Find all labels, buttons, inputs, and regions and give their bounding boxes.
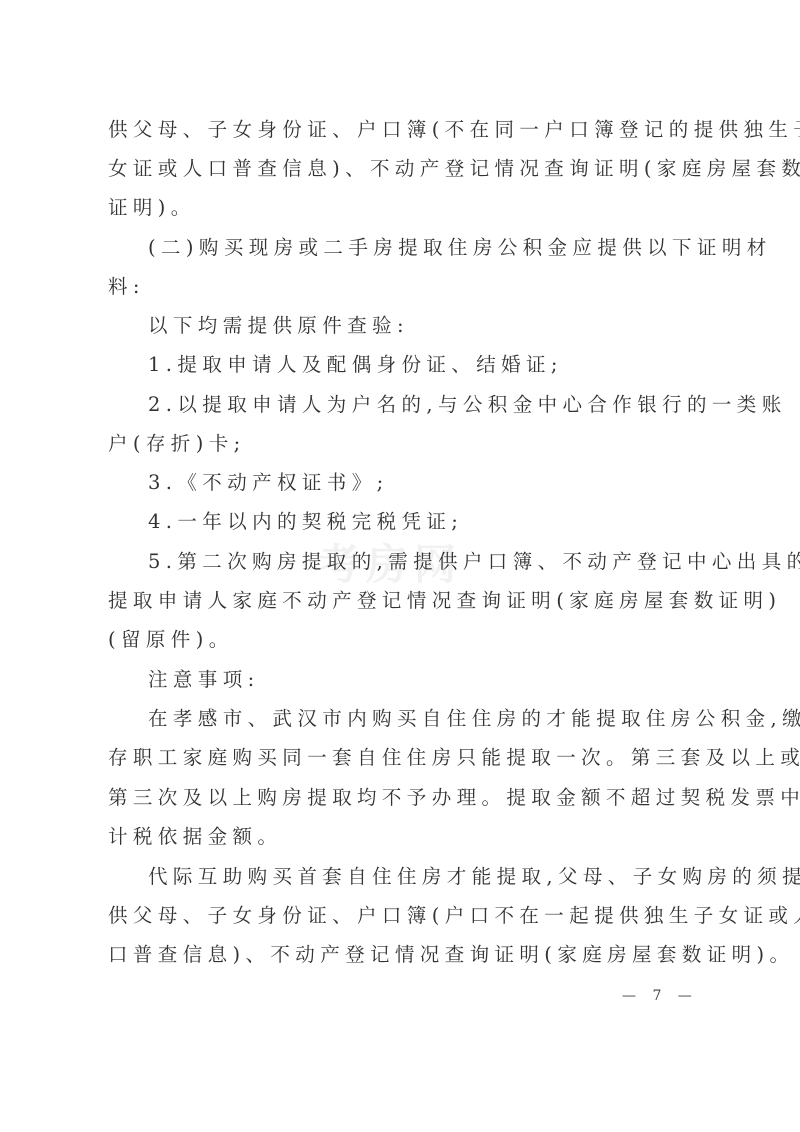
page-number: — 7 — <box>622 988 698 1004</box>
list-item-5-cont: 提取申请人家庭不动产登记情况查询证明(家庭房屋套数证明) <box>108 589 693 613</box>
list-item-2-cont: 户(存折)卡; <box>108 432 693 456</box>
text-line: 女证或人口普查信息)、不动产登记情况查询证明(家庭房屋套数 <box>108 157 693 181</box>
list-item-1: 1.提取申请人及配偶身份证、结婚证; <box>148 353 733 377</box>
list-item-5: 5.第二次购房提取的,需提供户口簿、不动产登记中心出具的 <box>148 550 733 574</box>
text-line: 代际互助购买首套自住住房才能提取,父母、子女购房的须提 <box>148 865 733 889</box>
text-line: 在孝感市、武汉市内购买自住住房的才能提取住房公积金,缴 <box>148 707 733 731</box>
text-line: 供父母、子女身份证、户口簿(不在同一户口簿登记的提供独生子 <box>108 118 693 142</box>
text-line: 计税依据金额。 <box>108 825 693 849</box>
list-item-2: 2.以提取申请人为户名的,与公积金中心合作银行的一类账 <box>148 393 733 417</box>
section-heading-cont: 料: <box>108 275 693 299</box>
notes-heading: 注意事项: <box>148 668 733 692</box>
text-line: 以下均需提供原件查验: <box>148 314 733 338</box>
text-line: 存职工家庭购买同一套自住住房只能提取一次。第三套及以上或 <box>108 746 693 770</box>
document-page: 考房网 供父母、子女身份证、户口簿(不在同一户口簿登记的提供独生子 女证或人口普… <box>0 0 800 1132</box>
text-line: 证明)。 <box>108 196 693 220</box>
text-line: 第三次及以上购房提取均不予办理。提取金额不超过契税发票中 <box>108 786 693 810</box>
text-line: 口普查信息)、不动产登记情况查询证明(家庭房屋套数证明)。 <box>108 943 693 967</box>
list-item-3: 3.《不动产权证书》; <box>148 471 733 495</box>
list-item-4: 4.一年以内的契税完税凭证; <box>148 510 733 534</box>
text-line: 供父母、子女身份证、户口簿(户口不在一起提供独生子女证或人 <box>108 904 693 928</box>
section-heading: (二)购买现房或二手房提取住房公积金应提供以下证明材 <box>148 236 733 260</box>
list-item-5-cont: (留原件)。 <box>108 628 693 652</box>
